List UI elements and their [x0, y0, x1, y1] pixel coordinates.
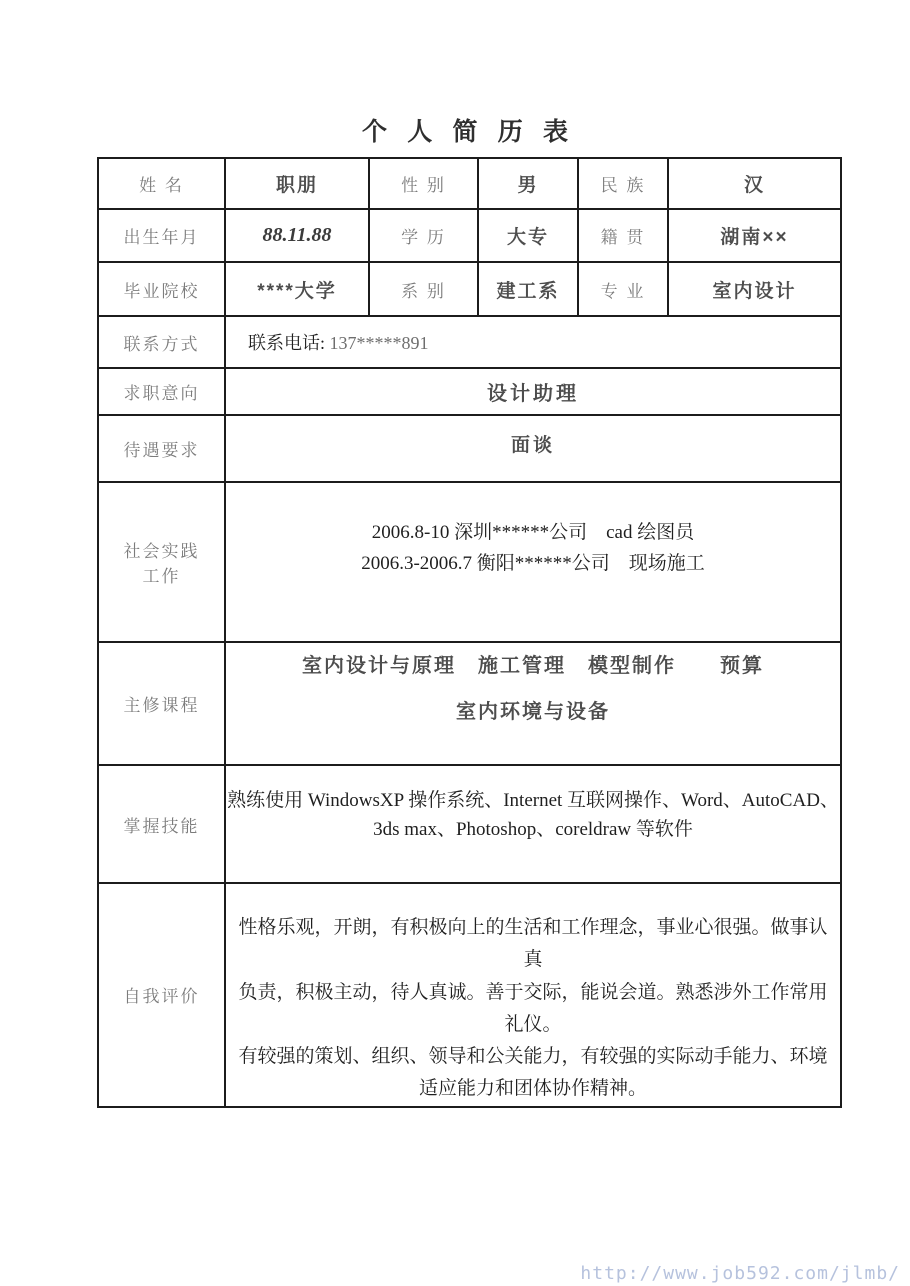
- self-evaluation-content: 性格乐观，开朗，有积极向上的生活和工作理念，事业心很强。做事认真 负责，积极主动…: [225, 883, 841, 1107]
- table-row: 求职意向 设计助理: [98, 368, 841, 415]
- objective-value: 设计助理: [225, 368, 841, 415]
- skills-content: 熟练使用 WindowsXP 操作系统、Internet 互联网操作、Word、…: [225, 765, 841, 883]
- page-title: 个 人 简 历 表: [97, 112, 840, 148]
- major-label: 专 业: [578, 262, 668, 316]
- hometown-label: 籍 贯: [578, 209, 668, 262]
- courses-content: 室内设计与原理 施工管理 模型制作 预算 室内环境与设备: [225, 642, 841, 765]
- ethnicity-value: 汉: [668, 158, 841, 209]
- skills-label: 掌握技能: [98, 765, 225, 883]
- contact-prefix: 联系电话:: [248, 333, 330, 353]
- salary-value: 面谈: [225, 415, 841, 482]
- contact-phone: 137*****891: [330, 333, 429, 353]
- education-value: 大专: [478, 209, 578, 262]
- department-value: 建工系: [478, 262, 578, 316]
- ethnicity-label: 民 族: [578, 158, 668, 209]
- school-label: 毕业院校: [98, 262, 225, 316]
- contact-value: 联系电话: 137*****891: [225, 316, 841, 368]
- self-evaluation-label: 自我评价: [98, 883, 225, 1107]
- table-row: 社会实践 工作 2006.8-10 深圳******公司 cad 绘图员 200…: [98, 482, 841, 642]
- resume-table: 姓 名 职朋 性 别 男 民 族 汉 出生年月 88.11.88 学 历 大专 …: [97, 157, 842, 1108]
- gender-label: 性 别: [369, 158, 478, 209]
- table-row: 待遇要求 面谈: [98, 415, 841, 482]
- watermark-url: http://www.job592.com/jlmb/: [580, 1263, 900, 1284]
- contact-label: 联系方式: [98, 316, 225, 368]
- table-row: 自我评价 性格乐观，开朗，有积极向上的生活和工作理念，事业心很强。做事认真 负责…: [98, 883, 841, 1107]
- birth-label: 出生年月: [98, 209, 225, 262]
- table-row: 主修课程 室内设计与原理 施工管理 模型制作 预算 室内环境与设备: [98, 642, 841, 765]
- school-value: ****大学: [225, 262, 369, 316]
- table-row: 掌握技能 熟练使用 WindowsXP 操作系统、Internet 互联网操作、…: [98, 765, 841, 883]
- department-label: 系 别: [369, 262, 478, 316]
- table-row: 姓 名 职朋 性 别 男 民 族 汉: [98, 158, 841, 209]
- education-label: 学 历: [369, 209, 478, 262]
- hometown-value: 湖南××: [668, 209, 841, 262]
- table-row: 联系方式 联系电话: 137*****891: [98, 316, 841, 368]
- name-value: 职朋: [225, 158, 369, 209]
- gender-value: 男: [478, 158, 578, 209]
- experience-label: 社会实践 工作: [98, 482, 225, 642]
- major-value: 室内设计: [668, 262, 841, 316]
- experience-content: 2006.8-10 深圳******公司 cad 绘图员 2006.3-2006…: [225, 482, 841, 642]
- objective-label: 求职意向: [98, 368, 225, 415]
- table-row: 出生年月 88.11.88 学 历 大专 籍 贯 湖南××: [98, 209, 841, 262]
- birth-value: 88.11.88: [225, 209, 369, 262]
- name-label: 姓 名: [98, 158, 225, 209]
- salary-label: 待遇要求: [98, 415, 225, 482]
- courses-label: 主修课程: [98, 642, 225, 765]
- table-row: 毕业院校 ****大学 系 别 建工系 专 业 室内设计: [98, 262, 841, 316]
